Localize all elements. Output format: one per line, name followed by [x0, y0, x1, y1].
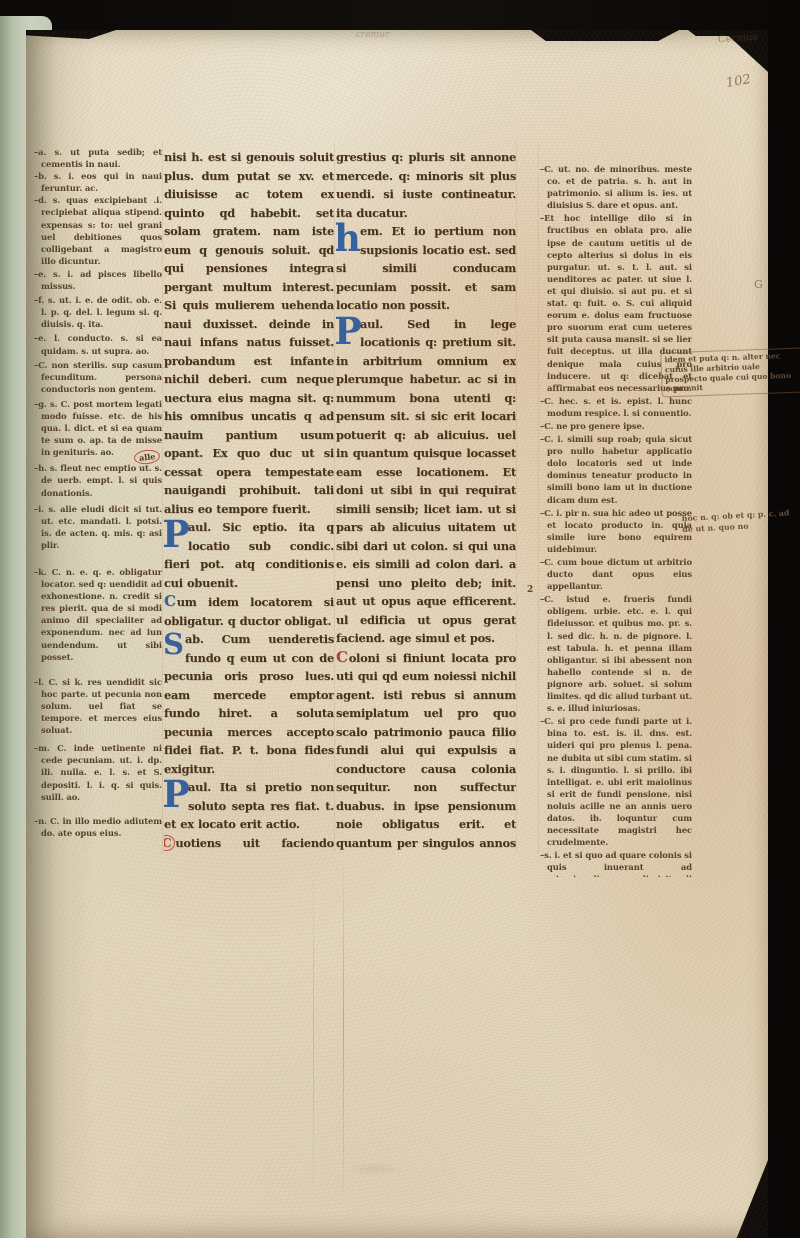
manuscript-page: cremur Cernius 102 G 2 –a. s. ut puta se…	[26, 30, 768, 1238]
entry-text: –d. s. quas excipiebant .i. recipiebat a…	[34, 195, 162, 265]
gloss-entry: –h. s. fleut nec emptio ut. s. de uerb. …	[34, 462, 162, 498]
entry-text: oloni si finiunt locata pro uti qui qd e…	[336, 651, 516, 855]
entry-text: –l. C. si k. res uendidit sic hoc parte.…	[34, 677, 162, 735]
entry-text: –C. i. simili sup roab; quia sicut pro n…	[540, 434, 692, 504]
gloss-entry: –C. cum boue dictum ut arbitrio ducto da…	[540, 556, 692, 592]
top-center-inscription: cremur	[356, 30, 389, 40]
gloss-entry: –C. istud e. frueris fundi obligem. urbi…	[540, 593, 692, 714]
gloss-entry: –C. non sterilis. sup casum fecunditum. …	[34, 359, 162, 395]
text-entry: Paul. Ita si pretio non soluto septa res…	[164, 778, 334, 834]
entry-text: –m. C. inde uetinente ni cede pecuniam. …	[34, 743, 162, 801]
gloss-entry: –o. C. licet dominus tunc sibi est. si e…	[34, 849, 162, 850]
column-ruling-line	[162, 142, 163, 854]
gloss-entry: –C. ne pro genere ipse.	[540, 420, 692, 432]
gloss-entry: –d. s. quas excipiebant .i. recipiebat a…	[34, 194, 162, 267]
margin-letter-mark: G	[754, 278, 763, 291]
entry-text: –k. C. n. e. q. e. obligatur locator. se…	[34, 567, 162, 662]
parchment-edge-notch	[26, 30, 116, 39]
text-entry: Cum idem locatorem si obligatur. q ducto…	[164, 592, 334, 630]
entry-text: em. Et io pertium non supsionis locatio …	[336, 224, 516, 312]
text-entry: Paul. Sed in lege locationis q: pretium …	[336, 315, 516, 648]
entry-text: –e. s. i. ad pisces libello missus.	[34, 269, 162, 291]
gloss-entry: –s. i. et si quo ad quare colonis si qui…	[540, 849, 692, 877]
gloss-entry: –k. C. n. e. q. e. obligatur locator. se…	[34, 566, 162, 663]
entry-text: –b. s. i. eos qui in naui feruntur. ac.	[34, 171, 162, 193]
entry-text: um idem locatorem si obligatur. q ductor…	[164, 595, 334, 628]
entry-text: –i. s. alie eludi dicit si tut. ut. etc.…	[34, 504, 162, 550]
decorated-initial-C: C	[336, 648, 349, 666]
parchment-corner-cut	[734, 1160, 768, 1238]
gloss-entry: –m. C. inde uetinente ni cede pecuniam. …	[34, 742, 162, 802]
parchment-edge-notch	[531, 30, 679, 41]
entry-text: aul. Sic eptio. ita q locatio sub condic…	[164, 520, 334, 590]
text-entry: grestius q: pluris sit annone mercede. q…	[336, 148, 516, 222]
text-entry: hem. Et io pertium non supsionis locatio…	[336, 222, 516, 315]
decorated-initial-P: P	[164, 779, 186, 809]
entry-text: –C. i. pir n. sua hic adeo ut posse et l…	[540, 508, 692, 554]
entry-text: –a. s. ut puta sedib; et cementis in nau…	[34, 147, 162, 169]
faint-ruling-line	[313, 850, 314, 1195]
decorated-initial-P: P	[336, 316, 358, 346]
gloss-entry: –e. s. i. ad pisces libello missus.	[34, 268, 162, 292]
entry-text: –C. hec. s. et is. epist. l. hunc modum …	[540, 396, 692, 418]
decorated-initial-P: P	[164, 519, 186, 549]
gloss-entry: –g. s. C. post mortem legati modo fuisse…	[34, 398, 162, 458]
entry-text: –C. istud e. frueris fundi obligem. urbi…	[540, 594, 692, 713]
text-entry: nisi h. est si genouis soluit plus. dum …	[164, 148, 334, 518]
gloss-entry: –l. C. si k. res uendidit sic hoc parte.…	[34, 676, 162, 736]
entry-text: –n. C. in illo medio adiutem do. ate opu…	[34, 816, 162, 838]
entry-text: nisi h. est si genouis soluit plus. dum …	[164, 150, 334, 516]
main-text-column-1: nisi h. est si genouis soluit plus. dum …	[164, 148, 334, 854]
entry-text: –s. i. et si quo ad quare colonis si qui…	[540, 850, 692, 877]
gloss-entry: –C. si pro cede fundi parte ut i. bina t…	[540, 715, 692, 848]
entry-text: –e. l. conducto. s. si ea quidam. s. ut …	[34, 333, 162, 355]
gloss-entry: –b. s. i. eos qui in naui feruntur. ac.	[34, 170, 162, 194]
column-ruling-line	[334, 142, 335, 854]
left-margin-gloss-column: –a. s. ut puta sedib; et cementis in nau…	[34, 146, 162, 850]
gloss-entry: –a. s. ut puta sedib; et cementis in nau…	[34, 146, 162, 170]
entry-text: –g. s. C. post mortem legati modo fuisse…	[34, 399, 162, 457]
column-ruling-line	[538, 142, 539, 854]
ink-smudge	[344, 1162, 404, 1176]
entry-text: –C. cum boue dictum ut arbitrio ducto da…	[540, 557, 692, 591]
decorated-initial-S: S	[164, 631, 183, 657]
text-entry: Paul. Sic eptio. ita q locatio sub condi…	[164, 518, 334, 592]
text-entry: Coloni si finiunt locata pro uti qui qd …	[336, 648, 516, 855]
text-entry: Cuotiens uit faciendo addas. ratio e.	[164, 834, 334, 855]
gloss-entry: –i. s. alie eludi dicit si tut. ut. etc.…	[34, 503, 162, 551]
entry-text: grestius q: pluris sit annone mercede. q…	[336, 150, 516, 220]
gloss-entry: –C. i. simili sup roab; quia sicut pro n…	[540, 433, 692, 506]
decorated-initial-C: C	[164, 835, 175, 851]
gloss-entry: –n. C. in illo medio adiutem do. ate opu…	[34, 815, 162, 839]
main-text-column-2: grestius q: pluris sit annone mercede. q…	[336, 148, 516, 854]
gloss-entry: –C. hec. s. et is. epist. l. hunc modum …	[540, 395, 692, 419]
gloss-entry: –e. l. conducto. s. si ea quidam. s. ut …	[34, 332, 162, 356]
gloss-entry: –C. i. pir n. sua hic adeo ut posse et l…	[540, 507, 692, 555]
entry-text: –f. s. ut. i. e. de odit. ob. e. l. p. q…	[34, 295, 162, 329]
entry-text: –h. s. fleut nec emptio ut. s. de uerb. …	[34, 463, 162, 497]
decorated-initial-C: C	[164, 592, 177, 610]
margin-numeral: 2	[527, 585, 533, 595]
gloss-entry: –C. ut. no. de minoribus. meste co. et d…	[540, 163, 692, 211]
text-entry: Sab. Cum uenderetis fundo q eum ut con d…	[164, 630, 334, 778]
entry-text: –C. si pro cede fundi parte ut i. bina t…	[540, 716, 692, 847]
entry-text: –C. ne pro genere ipse.	[540, 421, 645, 431]
entry-text: aul. Sed in lege locationis q: pretium s…	[336, 317, 516, 646]
right-margin-gloss-column: –C. ut. no. de minoribus. meste co. et d…	[540, 163, 692, 877]
entry-text: –C. non sterilis. sup casum fecunditum. …	[34, 360, 162, 394]
column-ruling-line	[516, 142, 517, 854]
boxed-marginal-annotation: idem et puta q: n. alter nec cuius ille …	[660, 348, 800, 398]
side-marginal-annotation: hoc n. q: ob et q: p. c. ad de ut n. quo…	[682, 507, 799, 535]
entry-text: uotiens uit faciendo addas. ratio e.	[164, 836, 334, 855]
entry-text: aul. Ita si pretio non soluto septa res …	[164, 780, 334, 831]
folio-number: 102	[725, 72, 752, 91]
faint-red-ruling-line	[343, 850, 344, 1195]
gloss-entry: –f. s. ut. i. e. de odit. ob. e. l. p. q…	[34, 294, 162, 330]
decorated-initial-h: h	[336, 223, 358, 253]
entry-text: ab. Cum uenderetis fundo q eum ut con de…	[164, 632, 334, 776]
entry-text: –C. ut. no. de minoribus. meste co. et d…	[540, 164, 692, 210]
